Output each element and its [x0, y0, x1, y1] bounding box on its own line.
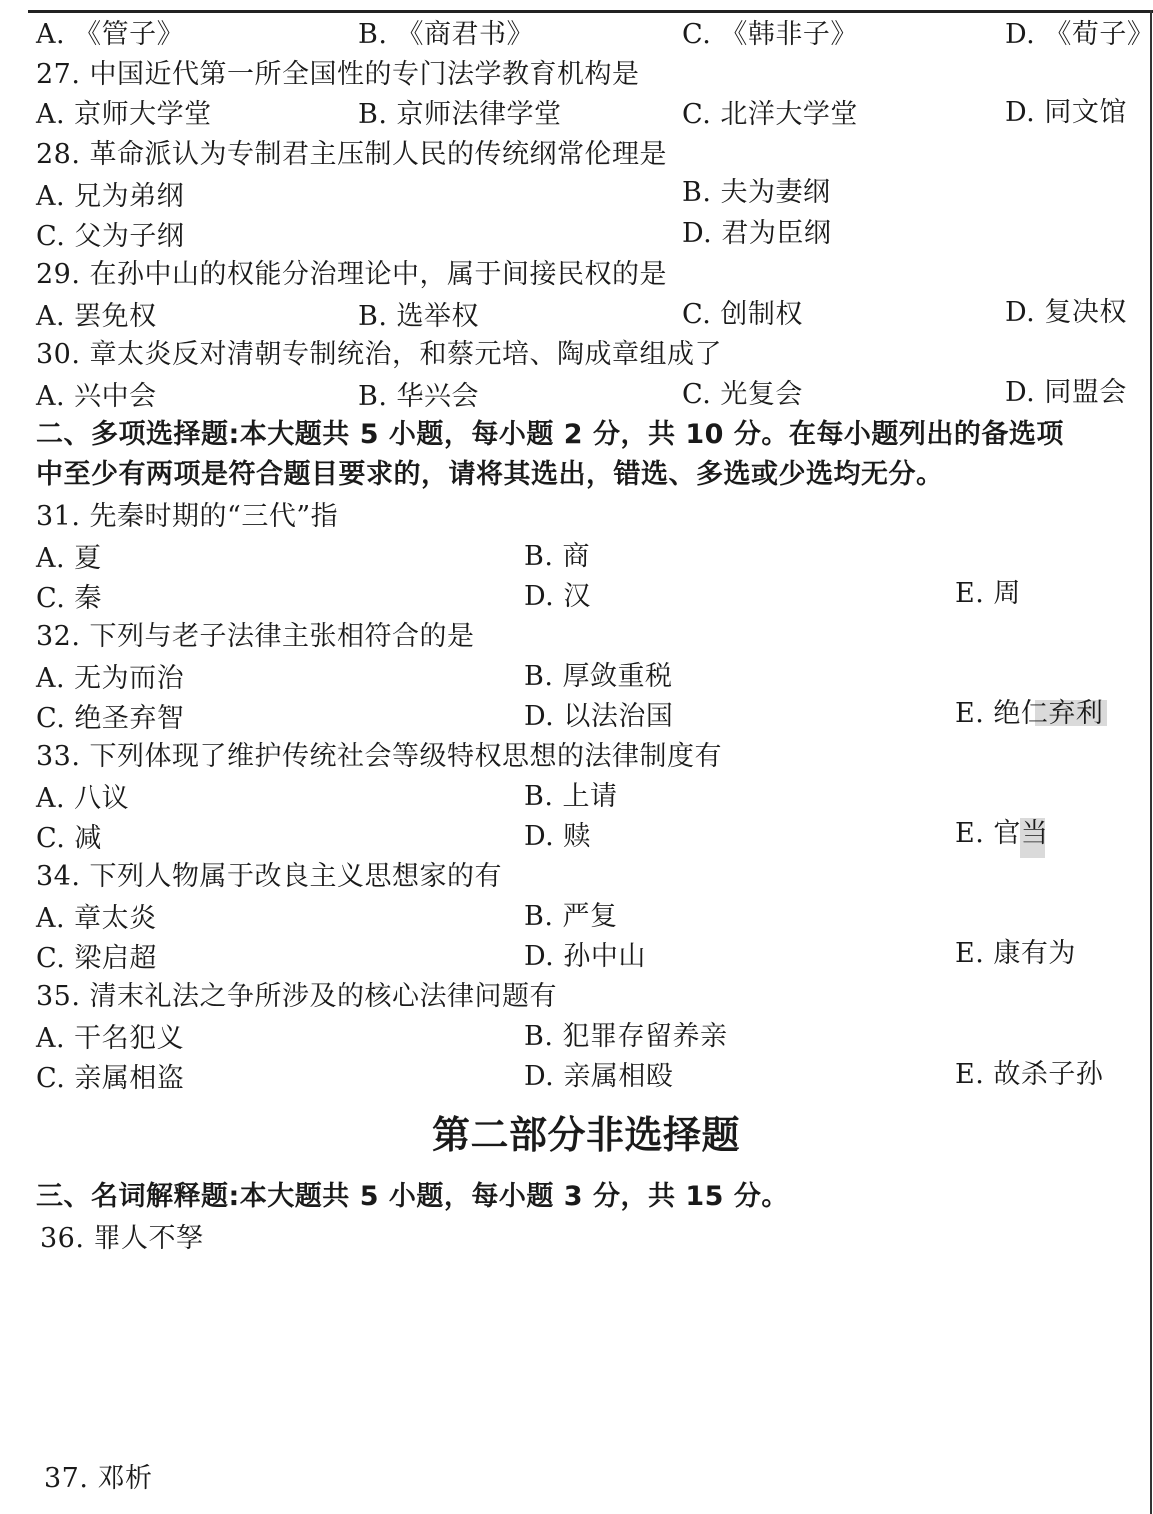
option-a: A. 干名犯义: [36, 1022, 184, 1056]
option-c: C. 创制权: [682, 298, 803, 332]
option-b: B. 商: [524, 540, 590, 574]
option-c: C. 绝圣弃智: [36, 702, 184, 736]
option-b: B. 京师法律学堂: [358, 98, 562, 132]
question-stem: 34. 下列人物属于改良主义思想家的有: [36, 860, 502, 894]
section-3-heading: 三、名词解释题:本大题共 5 小题，每小题 3 分，共 15 分。: [36, 1180, 789, 1214]
option-b: B. 《商君书》: [358, 18, 534, 52]
option-e: E. 康有为: [955, 937, 1076, 971]
page-right-edge: [1150, 10, 1152, 1514]
option-c: C. 《韩非子》: [682, 18, 858, 52]
option-a: A. 兴中会: [36, 380, 157, 414]
option-e: E. 官当: [955, 817, 1048, 851]
option-a: A. 《管子》: [36, 18, 184, 52]
option-c: C. 梁启超: [36, 942, 157, 976]
question-37-stem: 37. 邓析: [44, 1462, 153, 1496]
option-e: E. 周: [955, 577, 1021, 611]
option-c: C. 北洋大学堂: [682, 98, 858, 132]
option-e: E. 故杀子孙: [955, 1058, 1103, 1092]
option-b: B. 华兴会: [358, 380, 479, 414]
option-d: D. 赎: [524, 820, 591, 854]
option-d: D. 孙中山: [524, 940, 646, 974]
option-a: A. 夏: [36, 542, 102, 576]
question-stem: 27. 中国近代第一所全国性的专门法学教育机构是: [36, 58, 640, 92]
option-c: C. 减: [36, 822, 102, 856]
option-d: D. 同盟会: [1005, 376, 1127, 410]
option-c: C. 光复会: [682, 378, 803, 412]
question-stem: 28. 革命派认为专制君主压制人民的传统纲常伦理是: [36, 138, 667, 172]
option-a: A. 京师大学堂: [36, 98, 212, 132]
option-c: C. 亲属相盗: [36, 1062, 184, 1096]
option-d: D. 《荀子》: [1005, 18, 1153, 52]
option-e: E. 绝仁弃利: [955, 697, 1103, 731]
option-a: A. 兄为弟纲: [36, 180, 184, 214]
option-b: B. 厚敛重税: [524, 660, 673, 694]
question-stem: 31. 先秦时期的“三代”指: [36, 500, 338, 534]
option-d: D. 汉: [524, 580, 591, 614]
option-c: C. 父为子纲: [36, 220, 184, 254]
option-b: B. 选举权: [358, 300, 479, 334]
question-stem: 35. 清末礼法之争所涉及的核心法律问题有: [36, 980, 557, 1014]
page-top-rule: [28, 10, 1153, 13]
option-a: A. 章太炎: [36, 902, 157, 936]
option-b: B. 夫为妻纲: [682, 176, 831, 210]
option-c: C. 秦: [36, 582, 102, 616]
part-2-title: 第二部分非选择题: [432, 1112, 740, 1158]
option-d: D. 亲属相殴: [524, 1060, 673, 1094]
question-stem: 33. 下列体现了维护传统社会等级特权思想的法律制度有: [36, 740, 722, 774]
option-b: B. 犯罪存留养亲: [524, 1020, 728, 1054]
question-stem: 32. 下列与老子法律主张相符合的是: [36, 620, 475, 654]
question-stem: 30. 章太炎反对清朝专制统治，和蔡元培、陶成章组成了: [36, 338, 722, 372]
question-36-stem: 36. 罪人不孥: [40, 1222, 204, 1256]
option-d: D. 复决权: [1005, 296, 1127, 330]
option-b: B. 严复: [524, 900, 618, 934]
option-d: D. 同文馆: [1005, 96, 1127, 130]
option-a: A. 八议: [36, 782, 129, 816]
option-d: D. 以法治国: [524, 700, 673, 734]
option-a: A. 罢免权: [36, 300, 157, 334]
option-d: D. 君为臣纲: [682, 217, 831, 251]
question-stem: 29. 在孙中山的权能分治理论中，属于间接民权的是: [36, 258, 667, 292]
section-heading-line-2: 中至少有两项是符合题目要求的，请将其选出，错选、多选或少选均无分。: [36, 458, 944, 492]
option-a: A. 无为而治: [36, 662, 184, 696]
section-heading-line-1: 二、多项选择题:本大题共 5 小题，每小题 2 分，共 10 分。在每小题列出的…: [36, 418, 1064, 452]
option-b: B. 上请: [524, 780, 618, 814]
